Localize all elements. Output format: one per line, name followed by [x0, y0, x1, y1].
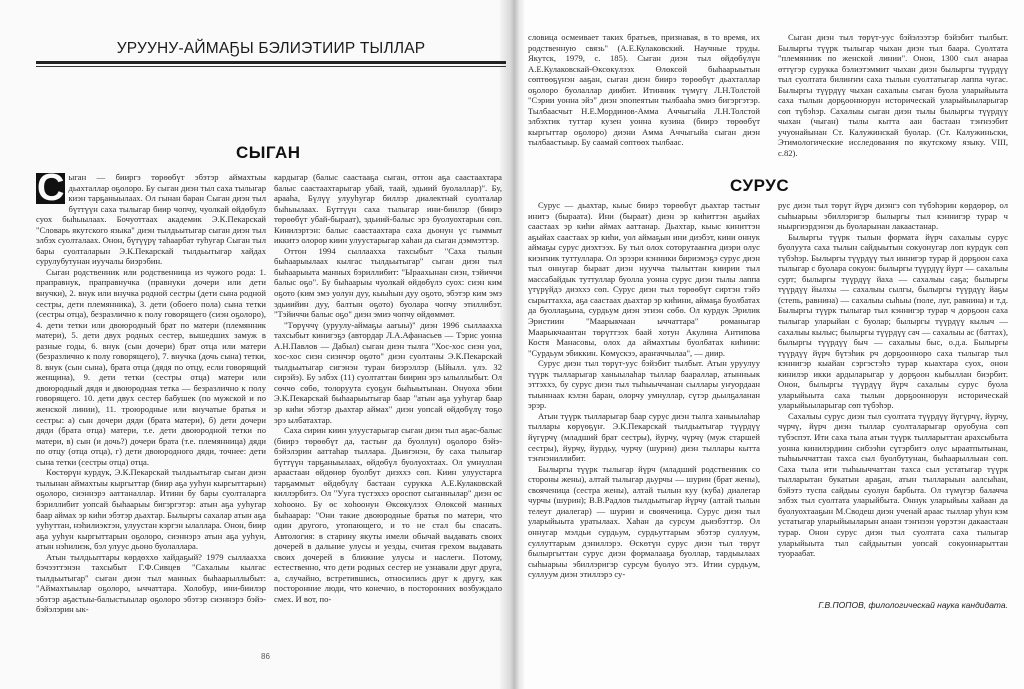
dropcap: С — [36, 173, 65, 204]
sygan-column-1: Сыган — бииргэ төрөөбүт эбэтэр аймахтыы … — [36, 172, 266, 615]
header-rule-thick — [36, 61, 506, 64]
section-title: УРУУНУ-АЙМАҔЫ БЭЛИЭТИИР ТЫЛЛАР — [36, 40, 506, 58]
sygan-column-4: Сыган диэн тыл төрүт-уус бэйэлээтэр бэйэ… — [778, 32, 1008, 159]
sygan-column-2: кардыгар (балыс саастааҕа сыган, оттон а… — [274, 172, 502, 604]
paragraph: Саха сирин киин улуустарыгар сыган диэн … — [274, 425, 502, 604]
paragraph: кардыгар (балыс саастааҕа сыган, оттон а… — [274, 172, 502, 246]
surus-column-1: Сурус — дьахтар, кыыс биирэ төрөөбүт дьа… — [528, 200, 760, 580]
sygan-column-3: словица осмеивает таких братьев, признав… — [528, 32, 760, 148]
paragraph: Көстөрүн курдук, Э.К.Пекарскай тылдьытыг… — [36, 467, 266, 551]
header-rule-thin — [36, 66, 506, 67]
paragraph: Сурус — дьахтар, кыыс биирэ төрөөбүт дьа… — [528, 200, 760, 358]
article-title-surus: СУРУС — [730, 176, 789, 196]
paragraph: "Төрүччү (уруулу-аймаҕы аағыы)" диэн 199… — [274, 320, 502, 425]
paragraph: Атын түүрк тылларыгар баар сурус диэн ты… — [528, 411, 760, 464]
paragraph: рус диэн тыл төрүт йүрч диэнгэ сөп түбэһ… — [778, 200, 1008, 232]
section-header: УРУУНУ-АЙМАҔЫ БЭЛИЭТИИР ТЫЛЛАР — [36, 40, 506, 67]
article-title-sygan: СЫГАН — [236, 143, 301, 163]
author-signature: Г.В.ПОПОВ, филологическай наука кандидат… — [778, 600, 1008, 610]
paragraph: Сыган родственник или родственница из чу… — [36, 267, 266, 467]
page-number-left: 86 — [261, 652, 270, 661]
paragraph: Былыргы түүрк тылын формата йүрч сахалыы… — [778, 232, 1008, 411]
paragraph: Сахалыы сурус диэн тыл суолтата түүрдүү … — [778, 411, 1008, 559]
paragraph: Сыган — бииргэ төрөөбүт эбэтэр аймахтыы … — [36, 172, 266, 267]
paragraph: Оттон 1994 сыллаахха тахсыбыт "Саха тылы… — [274, 246, 502, 320]
paragraph: словица осмеивает таких братьев, признав… — [528, 32, 760, 148]
paragraph: Атын тылдьыттары көрдөххө хайдаҕый? 1979… — [36, 552, 266, 615]
paragraph: Былыргы түүрк тылыгар йүрч (младший родс… — [528, 464, 760, 580]
paragraph: Сурус диэн тыл төрүт-уус бэйэбит тылбыт.… — [528, 358, 760, 411]
surus-column-2: рус диэн тыл төрүт йүрч диэнгэ сөп түбэһ… — [778, 200, 1008, 559]
paragraph: Сыган диэн тыл төрүт-уус бэйэлээтэр бэйэ… — [778, 32, 1008, 159]
